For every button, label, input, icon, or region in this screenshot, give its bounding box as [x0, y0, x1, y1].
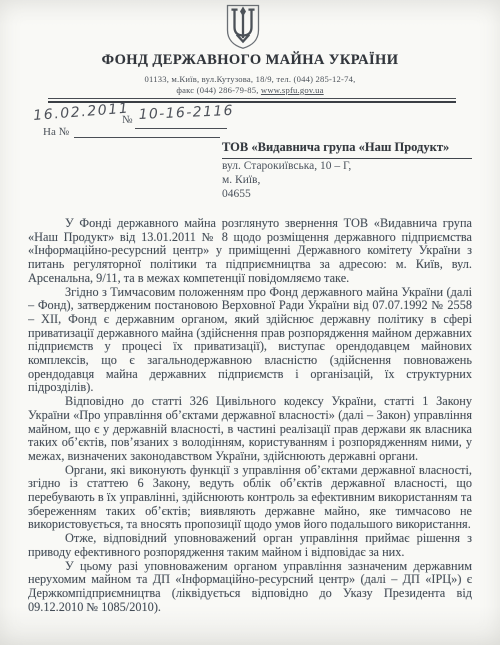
- recipient-street: вул. Старокиївська, 10 – Г,: [222, 160, 472, 173]
- letterhead-address-line2: факс (044) 286-79-85, www.spfu.gov.ua: [0, 85, 500, 95]
- recipient-block: ТОВ «Видавнича група «Наш Продукт» вул. …: [222, 140, 472, 200]
- body-paragraph-1: У Фонді державного майна розглянуто звер…: [28, 217, 472, 286]
- body-paragraph-6: У цьому разі уповноваженим органом управ…: [28, 560, 472, 615]
- number-underline: [135, 128, 227, 129]
- recipient-city: м. Київ,: [222, 174, 472, 187]
- scanned-letter-page: ФОНД ДЕРЖАВНОГО МАЙНА УКРАЇНИ 01133, м.К…: [0, 0, 500, 645]
- body-paragraph-4: Органи, які виконують функції з управлін…: [28, 464, 472, 533]
- number-label: №: [122, 114, 133, 126]
- body-paragraph-2: Згідно з Тимчасовим положенням про Фонд …: [28, 286, 472, 396]
- recipient-name: ТОВ «Видавнича група «Наш Продукт»: [222, 140, 472, 159]
- reply-to-label: На №: [43, 126, 69, 138]
- org-name: ФОНД ДЕРЖАВНОГО МАЙНА УКРАЇНИ: [0, 52, 500, 69]
- coat-of-arms: [224, 4, 262, 50]
- body-paragraph-5: Отже, відповідний уповноважений орган уп…: [28, 532, 472, 559]
- outgoing-number-handwritten: 10-16-2116: [138, 103, 234, 123]
- fax-text: факс (044) 286-79-85,: [176, 85, 258, 95]
- tryzub-icon: [224, 4, 262, 50]
- recipient-postal-code: 04655: [222, 188, 472, 201]
- reply-to-underline: [74, 137, 220, 138]
- website-url: www.spfu.gov.ua: [261, 85, 324, 95]
- outgoing-date-handwritten: 16.02.2011: [33, 101, 130, 124]
- letter-body: У Фонді державного майна розглянуто звер…: [28, 217, 472, 641]
- letterhead-address-line1: 01133, м.Київ, вул.Кутузова, 18/9, тел. …: [0, 74, 500, 84]
- body-paragraph-3: Відповідно до статті 326 Цивільного коде…: [28, 395, 472, 464]
